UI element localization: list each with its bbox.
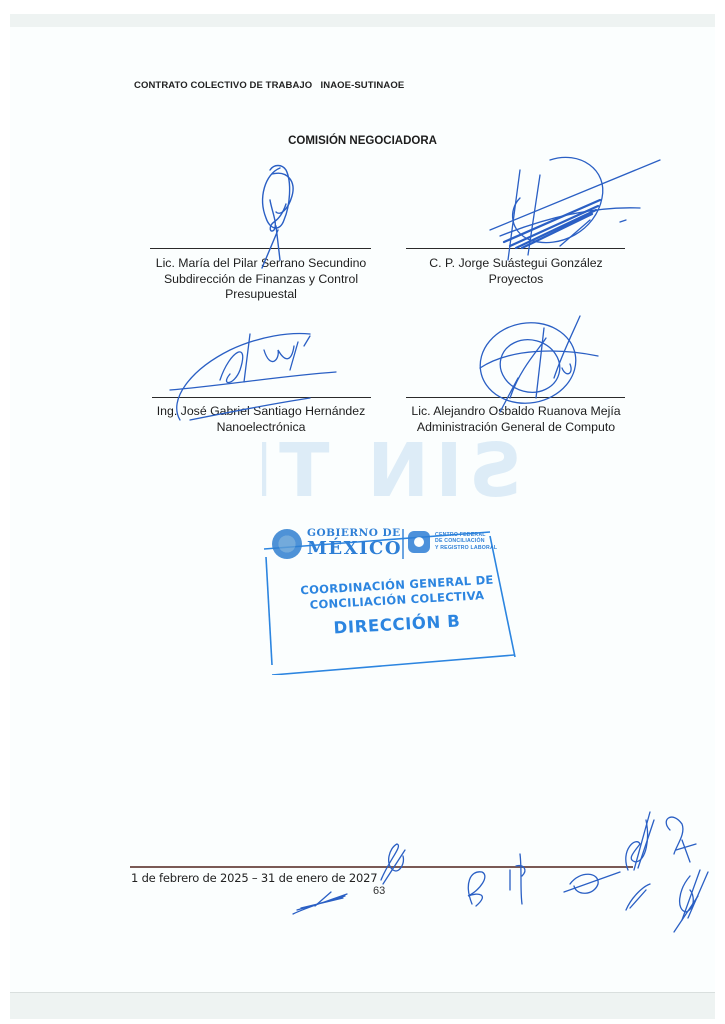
section-title: COMISIÓN NEGOCIADORA — [0, 135, 725, 147]
official-stamp: GOBIERNO DE MÉXICO CENTRO FEDERAL DE CON… — [262, 505, 517, 675]
signatory-name: Lic. Alejandro Osbaldo Ruanova Mejía — [390, 404, 642, 420]
gobierno-de-mexico-logo: GOBIERNO DE MÉXICO — [307, 528, 402, 558]
scan-border-bottom — [10, 992, 715, 1019]
document-header: CONTRATO COLECTIVO DE TRABAJO INAOE-SUTI… — [134, 80, 404, 91]
mexico-seal-icon — [272, 529, 302, 559]
signatory-role: Subdirección de Finanzas y Control — [135, 272, 387, 288]
logo-divider — [402, 529, 404, 559]
signature-line-4 — [406, 397, 625, 398]
signatory-1: Lic. María del Pilar Serrano Secundino S… — [135, 256, 387, 303]
signatory-role: Presupuestal — [135, 287, 387, 303]
signature-line-1 — [150, 248, 371, 249]
signature-line-2 — [406, 248, 625, 249]
signatory-name: C. P. Jorge Suástegui González — [390, 256, 642, 272]
footer-rule — [130, 866, 633, 868]
cfcrl-logo-icon — [408, 531, 430, 553]
signatory-name: Lic. María del Pilar Serrano Secundino — [135, 256, 387, 272]
stamp-logos: GOBIERNO DE MÉXICO CENTRO FEDERAL DE CON… — [272, 523, 512, 563]
scan-border-top — [10, 14, 715, 28]
page-number: 63 — [373, 885, 385, 897]
signature-line-3 — [152, 397, 371, 398]
cfcrl-logo-text: CENTRO FEDERAL DE CONCILIACIÓN Y REGISTR… — [435, 532, 497, 551]
signatory-name: Ing. José Gabriel Santiago Hernández — [135, 404, 387, 420]
signatory-role: Proyectos — [390, 272, 642, 288]
signatory-2: C. P. Jorge Suástegui González Proyectos — [390, 256, 642, 287]
footer-validity-dates: 1 de febrero de 2025 – 31 de enero de 20… — [131, 871, 377, 885]
